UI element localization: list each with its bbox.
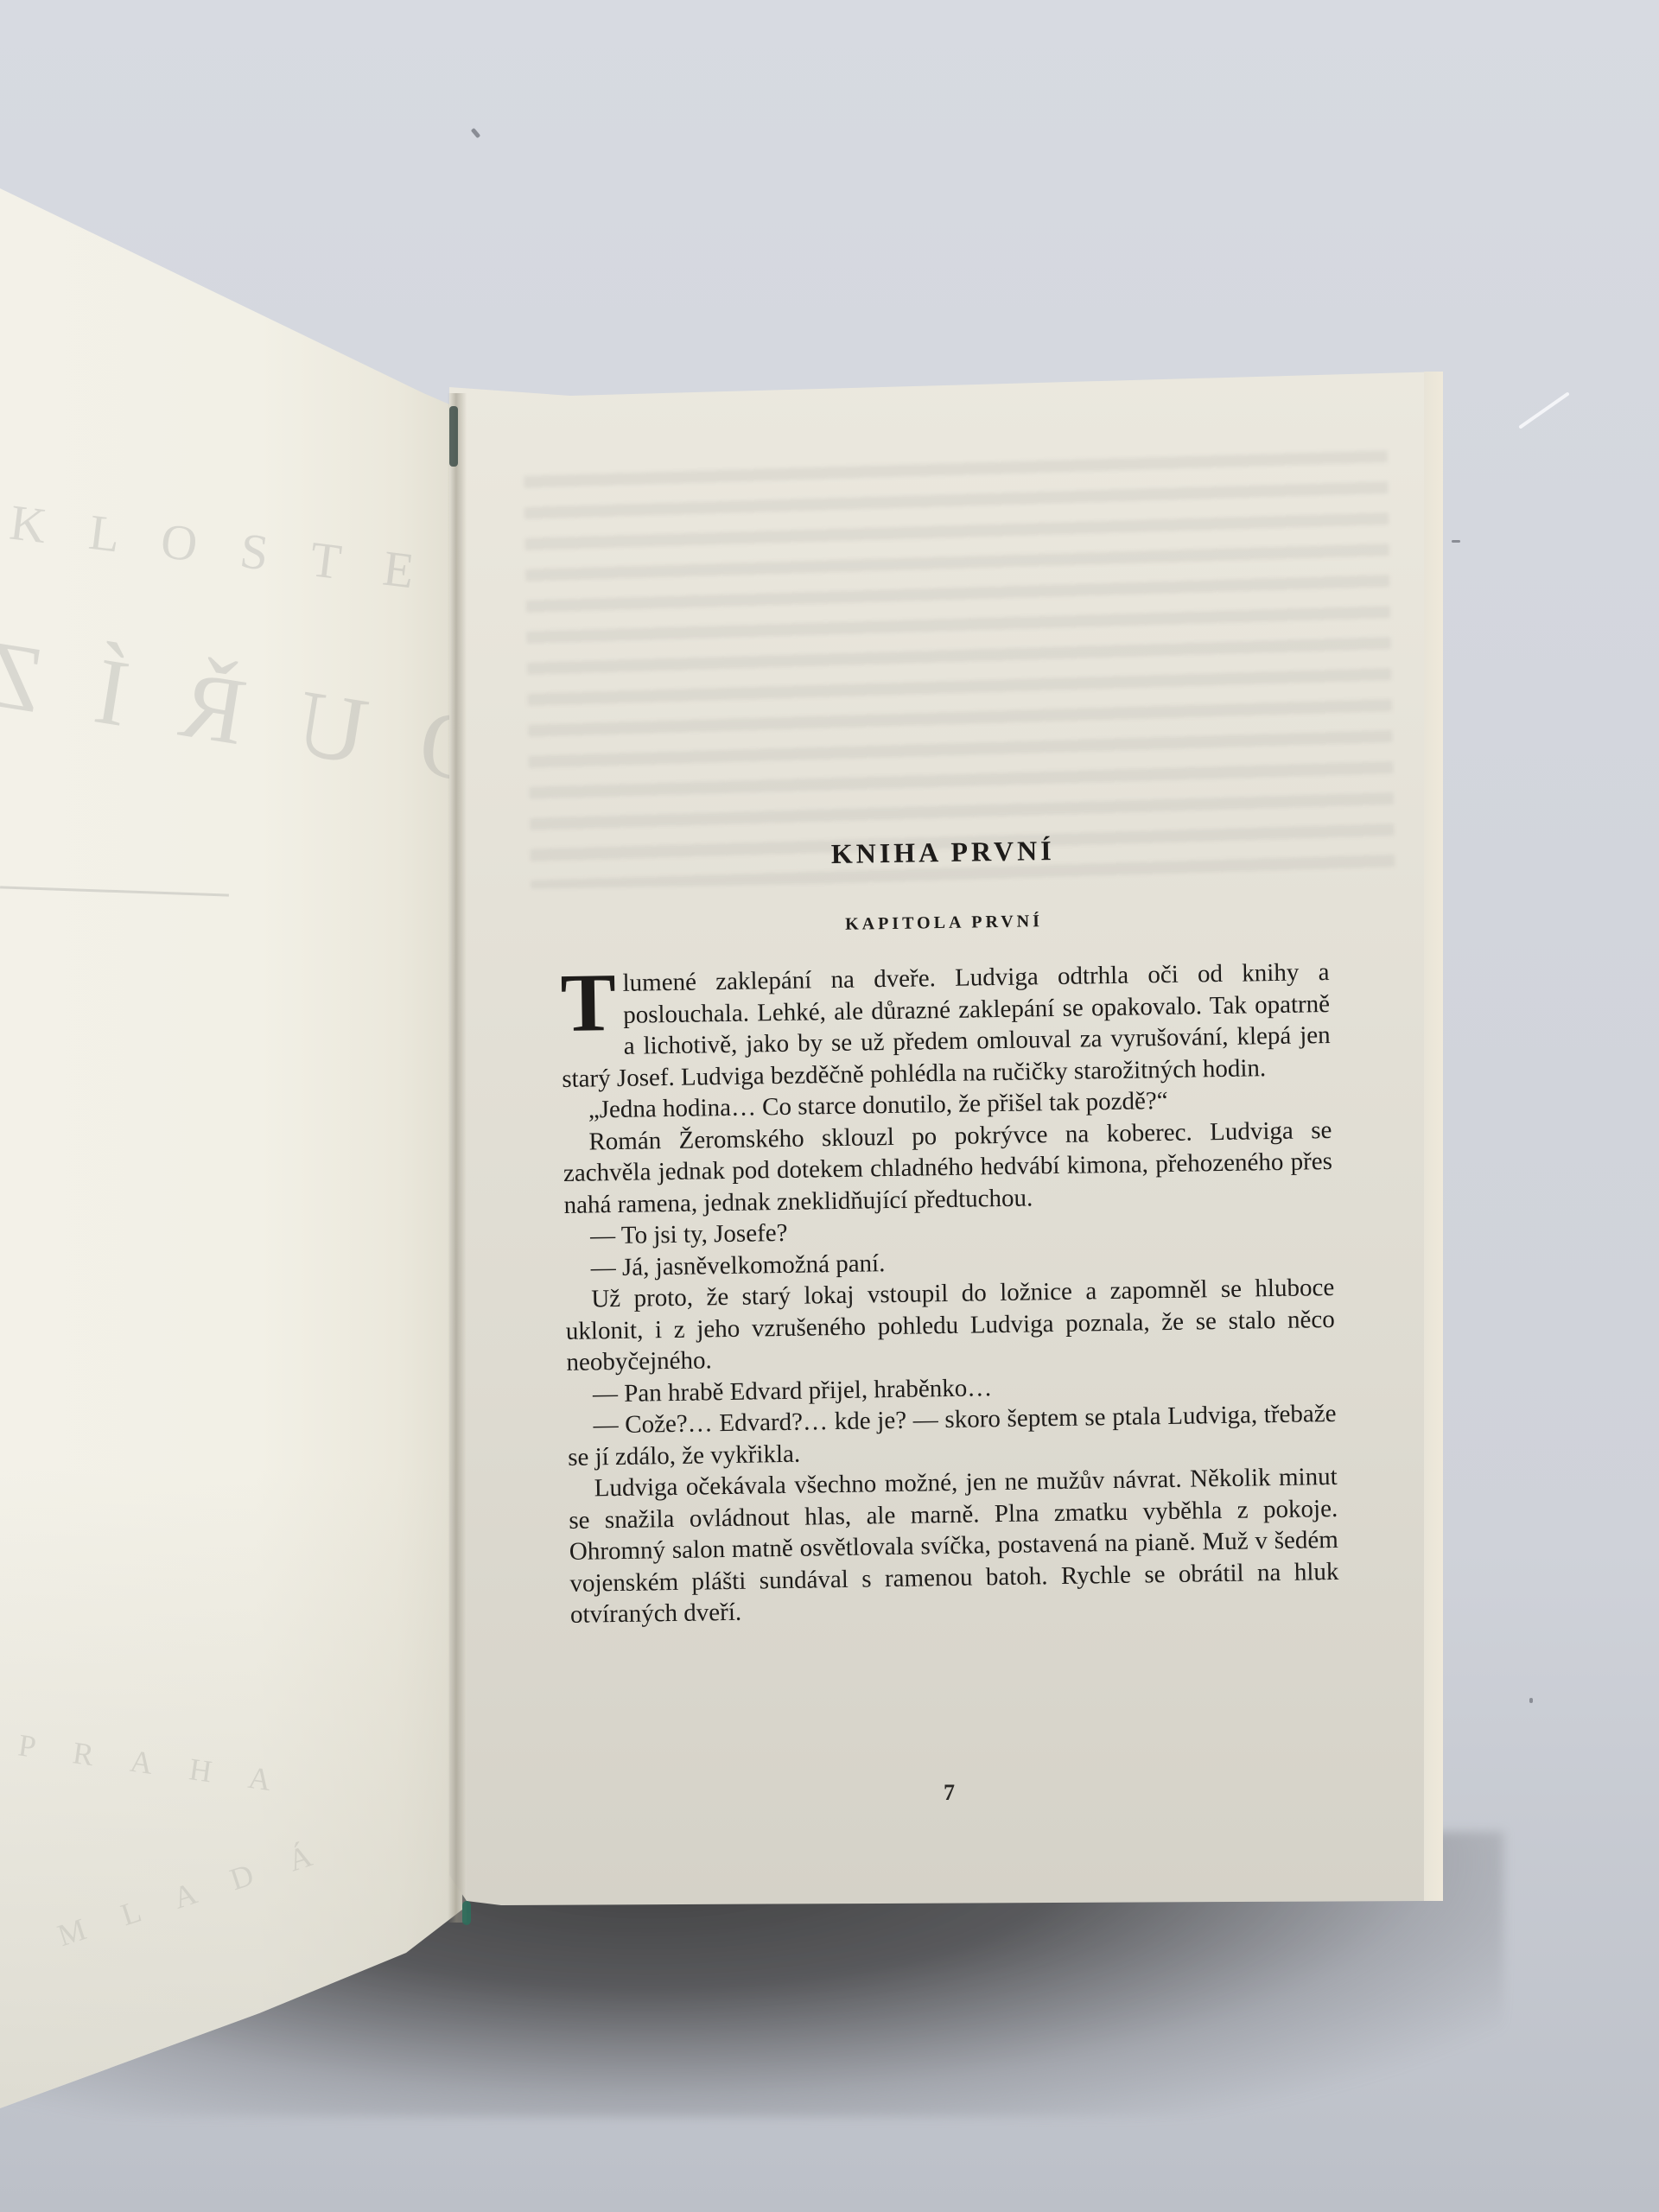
paragraph: Už proto, že starý lokaj vstoupil do lož… — [565, 1272, 1336, 1378]
book-gutter — [448, 393, 467, 1923]
drop-cap: T — [560, 971, 616, 1034]
paragraph: T lumené zaklepání na dveře. Ludviga odt… — [560, 957, 1331, 1095]
page-text-block: KNIHA PRVNÍ KAPITOLA PRVNÍ T lumené zakl… — [558, 830, 1339, 1630]
surface-speck — [471, 128, 481, 138]
page-number: 7 — [944, 1780, 955, 1806]
ghost-author-text: K L O S T E — [7, 493, 433, 601]
right-page-edge — [1424, 372, 1443, 1901]
spine-thread-icon — [462, 1901, 471, 1925]
photo-scene: K L O S T E B O U Ř Í Z P R A H A M L A … — [0, 0, 1659, 2212]
surface-speck — [1452, 540, 1460, 543]
paragraph: Román Žeromského sklouzl po pokrývce na … — [563, 1114, 1333, 1220]
ghost-rule-line — [0, 886, 229, 896]
spine-thread-icon — [449, 406, 458, 467]
paragraph: Ludviga očekávala všechno možné, jen ne … — [568, 1461, 1339, 1630]
show-through-text — [524, 442, 1395, 888]
surface-scratch — [1518, 391, 1570, 429]
paragraph-text: lumené zaklepání na dveře. Ludviga odtrh… — [562, 958, 1331, 1092]
surface-speck — [1529, 1698, 1533, 1703]
dialogue-line: — Cože?… Edvard?… kde je? — skoro šeptem… — [567, 1398, 1337, 1473]
chapter-heading: KAPITOLA PRVNÍ — [559, 907, 1328, 939]
